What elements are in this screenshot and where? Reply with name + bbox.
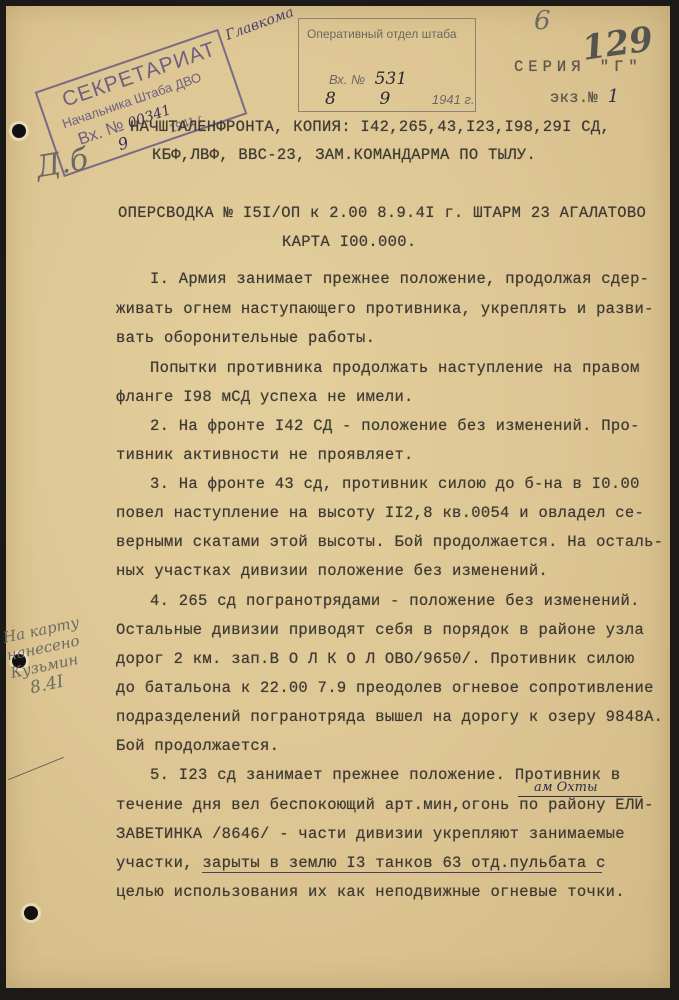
margin-note-top: Д.б [33,142,91,186]
punch-hole [24,906,38,920]
para-1-line-2: живать огнем наступающего противника, ук… [116,300,654,318]
para-4-line-6: Бой продолжается. [116,737,279,755]
para-5-line-4: участки, зарыты в землю I3 танков 63 отд… [116,854,606,872]
ops-stamp-day: 8 [325,89,336,109]
handwritten-top-number: 6 [534,6,551,36]
operations-stamp: Оперативный отдел штаба Вх. № 531 8 9 19… [298,18,476,112]
series-label: СЕРИЯ "Г" [514,58,643,76]
copy-label: экз.№ [550,89,598,107]
para-4-line-1: 4. 265 сд погранотрядами - положение без… [150,592,640,610]
summary-heading-line-2: КАРТА I00.000. [282,233,416,251]
interlinear-handwriting: ам Охты [534,780,598,795]
addressees-line-2: КБФ,ЛВФ, ВВС-23, ЗАМ.КОМАНДАРМА ПО ТЫЛУ. [152,146,536,164]
stamp-handwritten-correction: Главкома [223,4,296,43]
margin-pencil-stroke [8,757,64,780]
stamp-day: 9 [115,133,131,154]
para-2-line-2: тивник активности не проявляет. [116,446,414,464]
para-1b-line-1: Попытки противника продолжать наступлени… [150,359,640,377]
para-1-line-1: I. Армия занимает прежнее положение, про… [150,270,649,288]
ops-stamp-incoming-row: Вх. № 531 [329,69,407,89]
punch-hole [12,124,26,138]
copy-number: 1 [608,86,619,107]
ops-stamp-month: 9 [379,89,390,109]
para-5-line-3: ЗАВЕТИНКА /8646/ - части дивизии укрепля… [116,825,625,843]
ops-stamp-incoming-number: 531 [375,69,407,89]
ops-stamp-incoming-label: Вх. № [329,72,365,87]
para-3-line-4: ных участках дивизии положение без измен… [116,562,548,580]
para-4-line-2: Остальные дивизии приводят себя в порядо… [116,621,644,639]
para-2-line-1: 2. На фронте I42 СД - положение без изме… [150,417,640,435]
ops-stamp-year: 1941 г. [432,92,475,107]
para-5-line-2: течение дня вел беспокоющий арт.мин,огон… [116,796,654,814]
document-page: 6 129 СЕРИЯ "Г" экз.№ 1 СЕКРЕТАРИАТ Нача… [6,6,670,988]
ink-underline [202,872,602,873]
summary-heading-line-1: ОПЕРСВОДКА № I5I/ОП к 2.00 8.9.4I г. ШТА… [118,204,646,222]
addressees-line-1: НАЧШТАЛЕНФРОНТА, КОПИЯ: I42,265,43,I23,I… [130,118,610,136]
para-3-line-2: повел наступление на высоту II2,8 кв.005… [116,504,644,522]
ops-stamp-title: Оперативный отдел штаба [307,27,457,41]
para-1b-line-2: фланге I98 мСД успеха не имели. [116,388,414,406]
para-4-line-4: до батальона к 22.00 7.9 преодолев огнев… [116,679,654,697]
copy-number-row: экз.№ 1 [550,86,619,107]
ops-stamp-date-row: 8 9 1941 г. [325,89,475,109]
para-3-line-3: верными скатами этой высоты. Бой продолж… [116,533,663,551]
para-4-line-5: подразделений погранотряда вышел на доро… [116,708,663,726]
margin-note-left: На карту нанесено Кузьмин 8.4I [1,608,114,701]
para-3-line-1: 3. На фронте 43 сд, противник силою до б… [150,475,640,493]
para-5-line-5: целью использования их как неподвижные о… [116,883,625,901]
para-4-line-3: дорог 2 км. зап.В О Л К О Л ОВО/9650/. П… [116,650,634,668]
para-1-line-3: вать оборонительные работы. [116,329,375,347]
